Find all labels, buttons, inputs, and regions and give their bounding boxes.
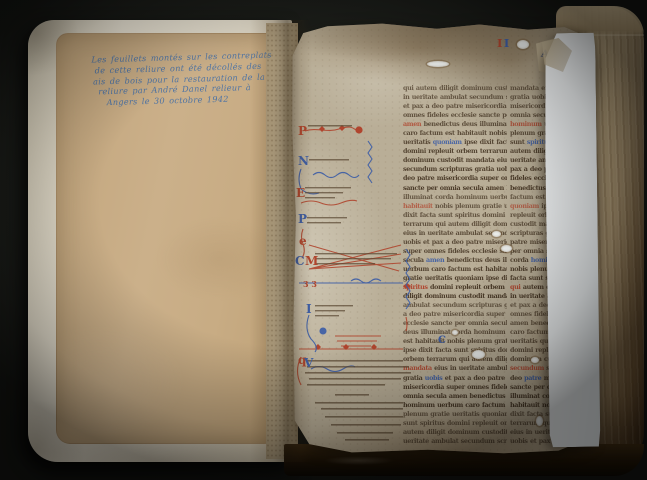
- worm-hole: [427, 61, 449, 67]
- manuscript-text-line: misericordia super omnes fideles ecclesi…: [403, 383, 507, 392]
- folio-digit: I: [497, 36, 504, 50]
- manuscript-text-line: omnes fideles ecclesie sancte per omnia: [403, 111, 507, 120]
- manuscript-text-line: uobis et pax a deo patre misericordia: [403, 238, 507, 247]
- text-column-main: qui autem diligit dominum custodit manda…: [403, 84, 507, 447]
- worm-hole: [531, 357, 539, 363]
- manuscript-text-line: sancte per omnia secula amen benedictus: [403, 184, 507, 193]
- manuscript-text-line: caro factum est habitauit nobis plenum: [403, 129, 507, 138]
- manuscript-text-line: et pax a deo patre misericordia super: [403, 102, 507, 111]
- manuscript-text-line: domini repleuit orbem terrarum qui autem: [403, 147, 507, 156]
- bookmark-strip-paper: [543, 33, 601, 448]
- manuscript-text-line: ipse dixit facta sunt spiritus domini: [403, 346, 507, 355]
- margin-initial: E: [296, 186, 305, 200]
- column-initial: C: [438, 335, 446, 346]
- folio-digit: I: [504, 36, 511, 50]
- manuscript-text-line: qui autem diligit dominum custodit manda…: [403, 84, 507, 93]
- manuscript-text-line: plenum gratie ueritatis quoniam ipse: [403, 410, 507, 419]
- manuscript-text-line: super omnes fideles ecclesie sancte: [403, 247, 507, 256]
- manuscript-text-line: dixit facta sunt spiritus domini repleui…: [403, 211, 507, 220]
- manuscript-text-line: gratie ueritatis quoniam ipse dixit: [403, 274, 507, 283]
- margin-initial: e: [299, 234, 307, 248]
- worm-hole: [492, 231, 501, 237]
- worm-hole: [501, 245, 512, 252]
- manuscript-text-line: diligit dominum custodit mandata eius: [403, 292, 507, 301]
- margin-initial: N: [298, 154, 309, 168]
- manuscript-text-line: ueritatis quoniam ipse dixit facta sunt: [403, 138, 507, 147]
- manuscript-text-line: a deo patre misericordia super omnes: [403, 310, 507, 319]
- manuscript-text-line: autem diligit dominum custodit mandata: [403, 428, 507, 437]
- handwritten-note: Les feuillets montés sur les contreplats…: [91, 49, 272, 108]
- margin-initial: P: [298, 124, 307, 138]
- bookmark-strip: [546, 33, 598, 447]
- manuscript-text-line: amen benedictus deus illuminat corda: [403, 120, 507, 129]
- margin-numerals: 3 3: [303, 279, 317, 289]
- manuscript-text-line: in ueritate ambulat secundum scripturas: [403, 93, 507, 102]
- folio-number: II: [497, 37, 511, 49]
- manuscript-text-line: est habitauit nobis plenum gratie uerita…: [403, 337, 507, 346]
- worm-hole: [536, 416, 543, 426]
- margin-initial: P: [298, 212, 307, 226]
- manuscript-text-line: omnia secula amen benedictus deus illumi…: [403, 392, 507, 401]
- manuscript-text-line: ambulat secundum scripturas gratia uobis: [403, 301, 507, 310]
- margin-penwork: PNEPeCMIqV3 3: [295, 117, 417, 447]
- margin-initial: V: [303, 356, 314, 370]
- worm-hole: [517, 40, 529, 49]
- margin-initial: I: [306, 302, 312, 316]
- manuscript-text-line: ecclesie sancte per omnia secula amen: [403, 319, 507, 328]
- manuscript-text-line: uerbum caro factum est habitauit nobis: [403, 265, 507, 274]
- manuscript-text-line: terrarum qui autem diligit dominum custo…: [403, 220, 507, 229]
- manuscript-text-line: secula amen benedictus deus illuminat: [403, 256, 507, 265]
- manuscript-text-line: deo patre misericordia super omnes fidel…: [403, 174, 507, 183]
- manuscript-text-line: habitauit nobis plenum gratie ueritatis: [403, 202, 507, 211]
- manuscript-text-line: orbem terrarum qui autem diligit dominum: [403, 355, 507, 364]
- margin-initial: C: [295, 254, 305, 268]
- margin-initial: M: [305, 254, 318, 268]
- book-photo: Les feuillets montés sur les contreplats…: [0, 0, 647, 480]
- manuscript-text-line: sunt spiritus domini repleuit orbem: [403, 419, 507, 428]
- manuscript-text-line: spiritus domini repleuit orbem terrarum: [403, 283, 507, 292]
- manuscript-text-line: secundum scripturas gratia uobis et: [403, 165, 507, 174]
- manuscript-text-line: illuminat corda hominum uerbum caro: [403, 193, 507, 202]
- worm-hole: [472, 350, 485, 359]
- manuscript-text-line: hominum uerbum caro factum est habitauit: [403, 401, 507, 410]
- manuscript-text-line: mandata eius in ueritate ambulat secundu…: [403, 364, 507, 373]
- manuscript-text-line: gratia uobis et pax a deo patre miserico…: [403, 374, 507, 383]
- worm-hole: [452, 330, 458, 335]
- manuscript-text-line: ueritate ambulat secundum scripturas: [403, 437, 507, 446]
- manuscript-text-line: dominum custodit mandata eius in ueritat…: [403, 156, 507, 165]
